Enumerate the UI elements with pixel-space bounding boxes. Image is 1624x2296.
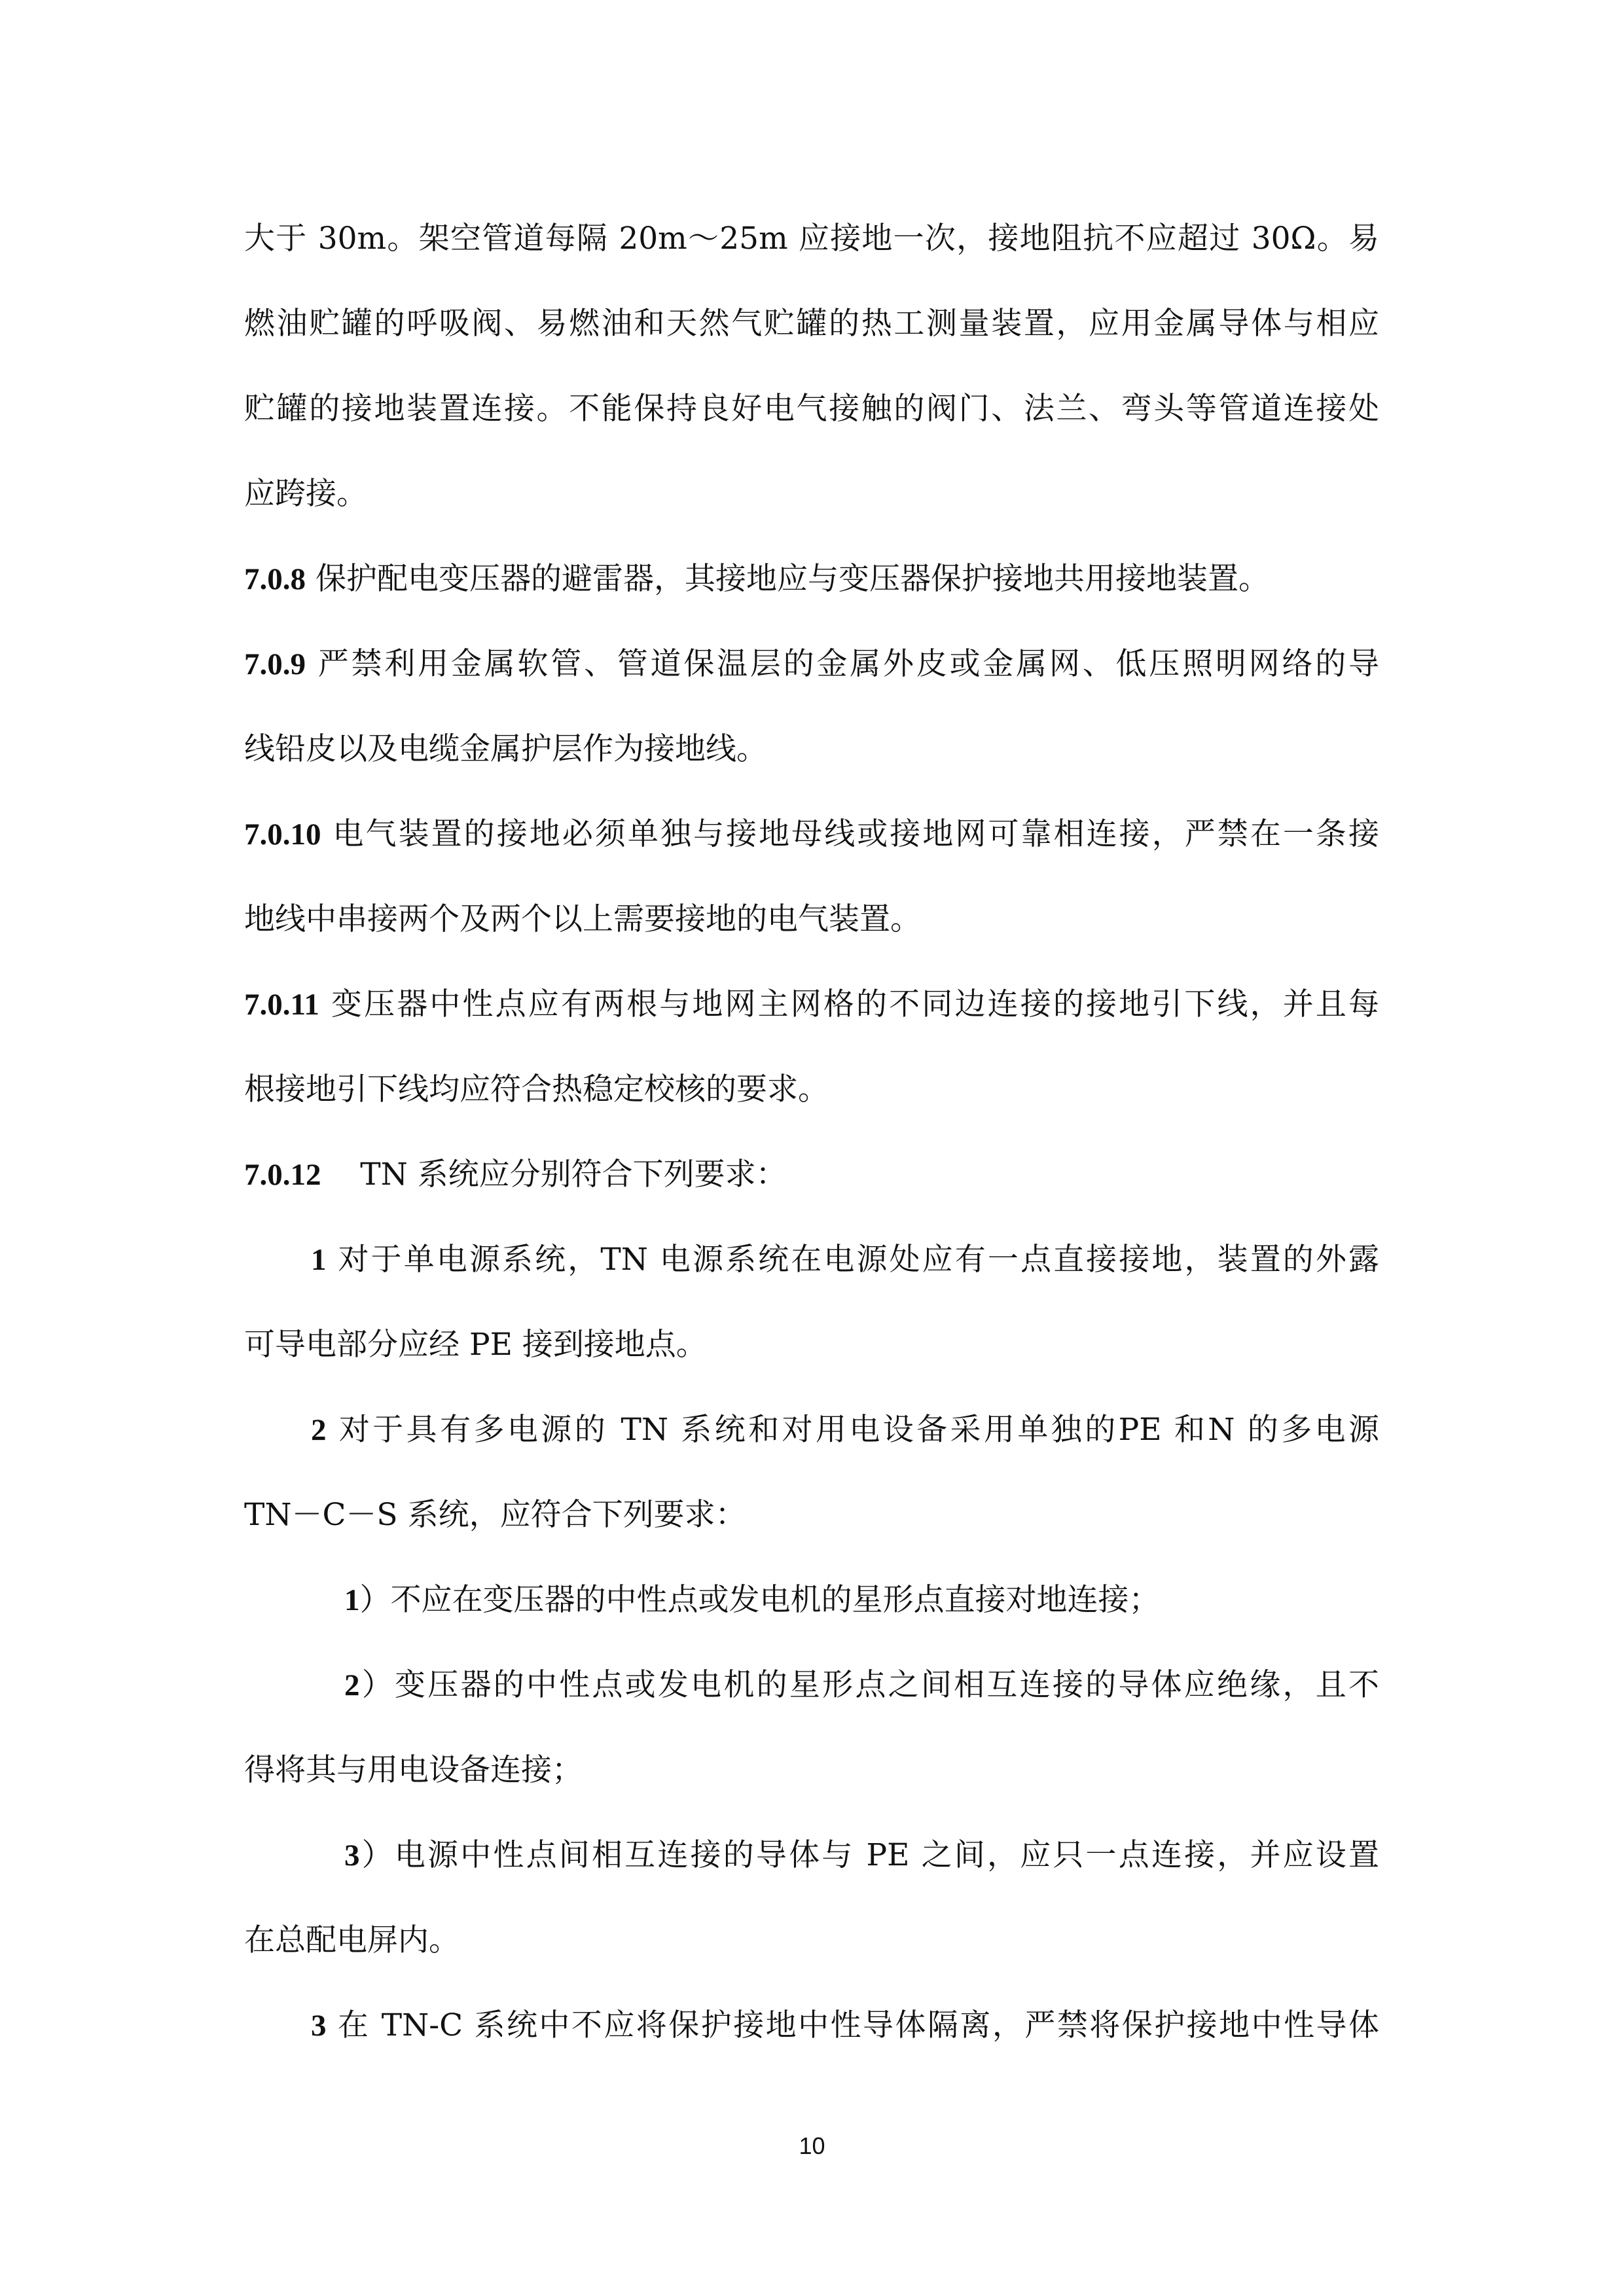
subitem-3: 3）电源中性点间相互连接的导体与 PE 之间，应只一点连接，并应设置 [244,1813,1379,1898]
clause-text: 保护配电变压器的避雷器，其接地应与变压器保护接地共用接地装置。 [306,561,1269,597]
subitem-1: 1）不应在变压器的中性点或发电机的星形点直接对地连接； [244,1558,1379,1643]
line-text: 根接地引下线均应符合热稳定校核的要求。 [244,1071,829,1107]
subitem-number: 2 [344,1668,360,1702]
page-number: 10 [0,2132,1624,2160]
subitem-2: 2）变压器的中性点或发电机的星形点之间相互连接的导体应绝缘，且不 [244,1643,1379,1728]
subitem-text: ）电源中性点间相互连接的导体与 PE 之间，应只一点连接，并应设置 [360,1837,1380,1873]
line-text: 燃油贮罐的呼吸阀、易燃油和天然气贮罐的热工测量装置，应用金属导体与相应 [244,306,1379,342]
item-number: 1 [311,1243,327,1277]
text-line: 地线中串接两个及两个以上需要接地的电气装置。 [244,877,1379,962]
item-3: 3 在 TN-C 系统中不应将保护接地中性导体隔离，严禁将保护接地中性导体 [244,1983,1379,2068]
body-text: 大于 30m。架空管道每隔 20m～25m 应接地一次，接地阻抗不应超过 30Ω… [244,196,1379,2068]
item-1: 1 对于单电源系统，TN 电源系统在电源处应有一点直接接地，装置的外露 [244,1217,1379,1302]
text-line: 得将其与用电设备连接； [244,1728,1379,1813]
item-2: 2 对于具有多电源的 TN 系统和对用电设备采用单独的PE 和N 的多电源 [244,1388,1379,1473]
clause-number: 7.0.9 [244,647,306,681]
text-line: 线铅皮以及电缆金属护层作为接地线。 [244,707,1379,792]
text-line: TN－C－S 系统，应符合下列要求： [244,1473,1379,1558]
clause-7-0-10: 7.0.10 电气装置的接地必须单独与接地母线或接地网可靠相连接，严禁在一条接 [244,792,1379,877]
text-line: 在总配电屏内。 [244,1898,1379,1983]
line-text: 大于 30m。架空管道每隔 20m～25m 应接地一次，接地阻抗不应超过 30Ω… [244,221,1379,257]
subitem-text: ）变压器的中性点或发电机的星形点之间相互连接的导体应绝缘，且不 [360,1667,1380,1703]
clause-number: 7.0.8 [244,562,306,596]
clause-7-0-9: 7.0.9 严禁利用金属软管、管道保温层的金属外皮或金属网、低压照明网络的导 [244,622,1379,707]
item-text: 对于单电源系统，TN 电源系统在电源处应有一点直接接地，装置的外露 [327,1242,1380,1278]
item-number: 2 [311,1413,327,1447]
clause-text: TN 系统应分别符合下列要求： [321,1157,787,1193]
text-line: 大于 30m。架空管道每隔 20m～25m 应接地一次，接地阻抗不应超过 30Ω… [244,196,1379,281]
line-text: 地线中串接两个及两个以上需要接地的电气装置。 [244,901,921,937]
line-text: 贮罐的接地装置连接。不能保持良好电气接触的阀门、法兰、弯头等管道连接处 [244,391,1379,427]
subitem-number: 1 [344,1583,360,1617]
text-line: 根接地引下线均应符合热稳定校核的要求。 [244,1047,1379,1132]
line-text: TN－C－S 系统，应符合下列要求： [244,1497,746,1533]
item-text: 在 TN-C 系统中不应将保护接地中性导体隔离，严禁将保护接地中性导体 [327,2007,1380,2043]
line-text: 线铅皮以及电缆金属护层作为接地线。 [244,731,767,767]
text-line: 可导电部分应经 PE 接到接地点。 [244,1302,1379,1388]
line-text: 可导电部分应经 PE 接到接地点。 [244,1327,707,1363]
clause-7-0-8: 7.0.8 保护配电变压器的避雷器，其接地应与变压器保护接地共用接地装置。 [244,537,1379,622]
text-line: 应跨接。 [244,452,1379,537]
clause-number: 7.0.11 [244,988,319,1022]
clause-number: 7.0.10 [244,817,321,852]
line-text: 应跨接。 [244,476,367,512]
line-text: 在总配电屏内。 [244,1922,460,1958]
clause-7-0-12: 7.0.12 TN 系统应分别符合下列要求： [244,1132,1379,1217]
clause-7-0-11: 7.0.11 变压器中性点应有两根与地网主网格的不同边连接的接地引下线，并且每 [244,962,1379,1047]
clause-text: 严禁利用金属软管、管道保温层的金属外皮或金属网、低压照明网络的导 [306,646,1379,682]
item-number: 3 [311,2009,327,2043]
subitem-number: 3 [344,1839,360,1873]
text-line: 贮罐的接地装置连接。不能保持良好电气接触的阀门、法兰、弯头等管道连接处 [244,367,1379,452]
text-line: 燃油贮罐的呼吸阀、易燃油和天然气贮罐的热工测量装置，应用金属导体与相应 [244,281,1379,367]
subitem-text: ）不应在变压器的中性点或发电机的星形点直接对地连接； [360,1582,1160,1618]
item-text: 对于具有多电源的 TN 系统和对用电设备采用单独的PE 和N 的多电源 [327,1412,1380,1448]
line-text: 得将其与用电设备连接； [244,1752,583,1788]
clause-number: 7.0.12 [244,1158,321,1192]
clause-text: 变压器中性点应有两根与地网主网格的不同边连接的接地引下线，并且每 [319,986,1379,1022]
clause-text: 电气装置的接地必须单独与接地母线或接地网可靠相连接，严禁在一条接 [321,816,1380,852]
document-page: 大于 30m。架空管道每隔 20m～25m 应接地一次，接地阻抗不应超过 30Ω… [0,0,1624,2296]
